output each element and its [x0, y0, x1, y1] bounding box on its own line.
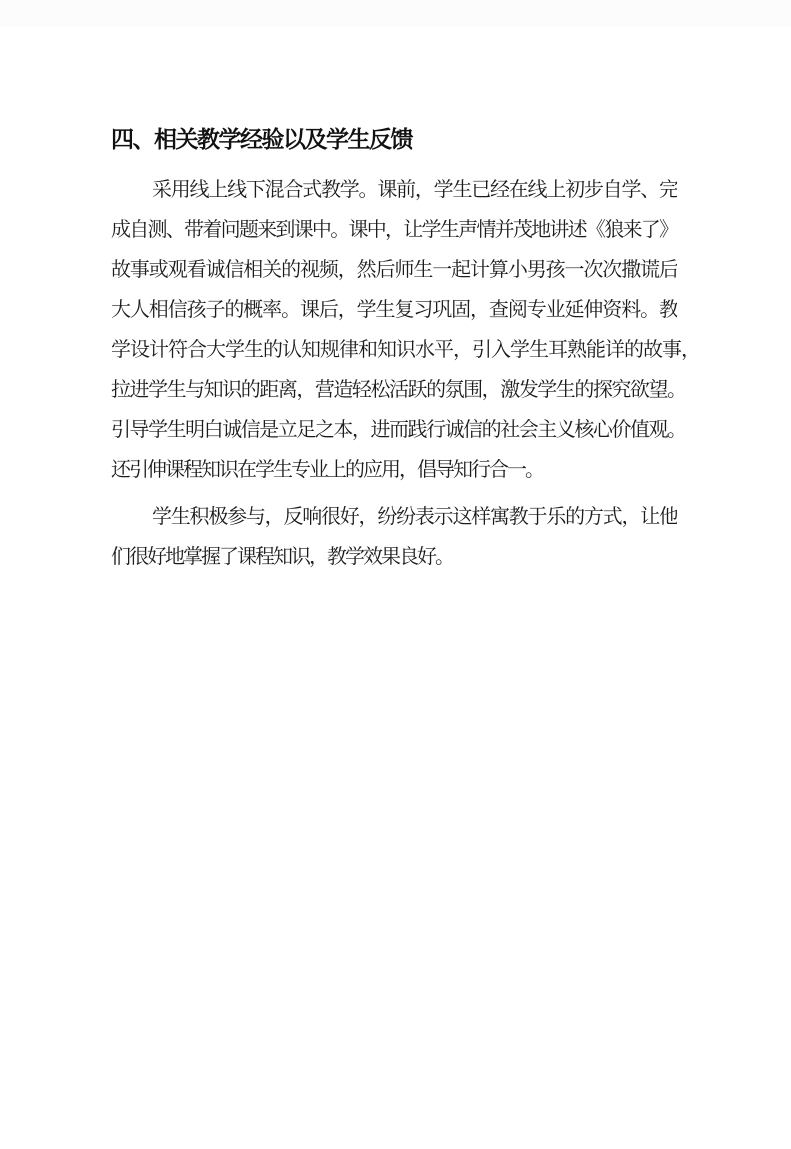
section-heading: 四、相关教学经验以及学生反馈 — [111, 124, 677, 156]
page-top-shade — [0, 0, 791, 27]
text-line: 引导学生明白诚信是立足之本，进而践行诚信的社会主义核心价值观。 — [111, 409, 685, 449]
text-line: 采用线上线下混合式教学。课前，学生已经在线上初步自学、完 — [111, 169, 677, 209]
text-line: 学设计符合大学生的认知规律和知识水平，引入学生耳熟能详的故事， — [111, 329, 699, 369]
text-line: 们很好地掌握了课程知识，教学效果良好。 — [111, 536, 677, 576]
paragraph: 采用线上线下混合式教学。课前，学生已经在线上初步自学、完成自测、带着问题来到课中… — [111, 169, 677, 489]
text-line: 成自测、带着问题来到课中。课中，让学生声情并茂地讲述《狼来了》 — [111, 209, 677, 249]
page-content: 四、相关教学经验以及学生反馈 采用线上线下混合式教学。课前，学生已经在线上初步自… — [111, 124, 677, 576]
paragraphs: 采用线上线下混合式教学。课前，学生已经在线上初步自学、完成自测、带着问题来到课中… — [111, 169, 677, 576]
text-line: 学生积极参与，反响很好，纷纷表示这样寓教于乐的方式，让他 — [111, 496, 677, 536]
text-line: 故事或观看诚信相关的视频，然后师生一起计算小男孩一次次撒谎后 — [111, 249, 677, 289]
document-page: 四、相关教学经验以及学生反馈 采用线上线下混合式教学。课前，学生已经在线上初步自… — [0, 0, 791, 1149]
paragraph: 学生积极参与，反响很好，纷纷表示这样寓教于乐的方式，让他们很好地掌握了课程知识，… — [111, 496, 677, 576]
text-line: 拉进学生与知识的距离，营造轻松活跃的氛围，激发学生的探究欲望。 — [111, 369, 685, 409]
text-line: 还引伸课程知识在学生专业上的应用，倡导知行合一。 — [111, 449, 677, 489]
text-line: 大人相信孩子的概率。课后，学生复习巩固，查阅专业延伸资料。教 — [111, 289, 677, 329]
